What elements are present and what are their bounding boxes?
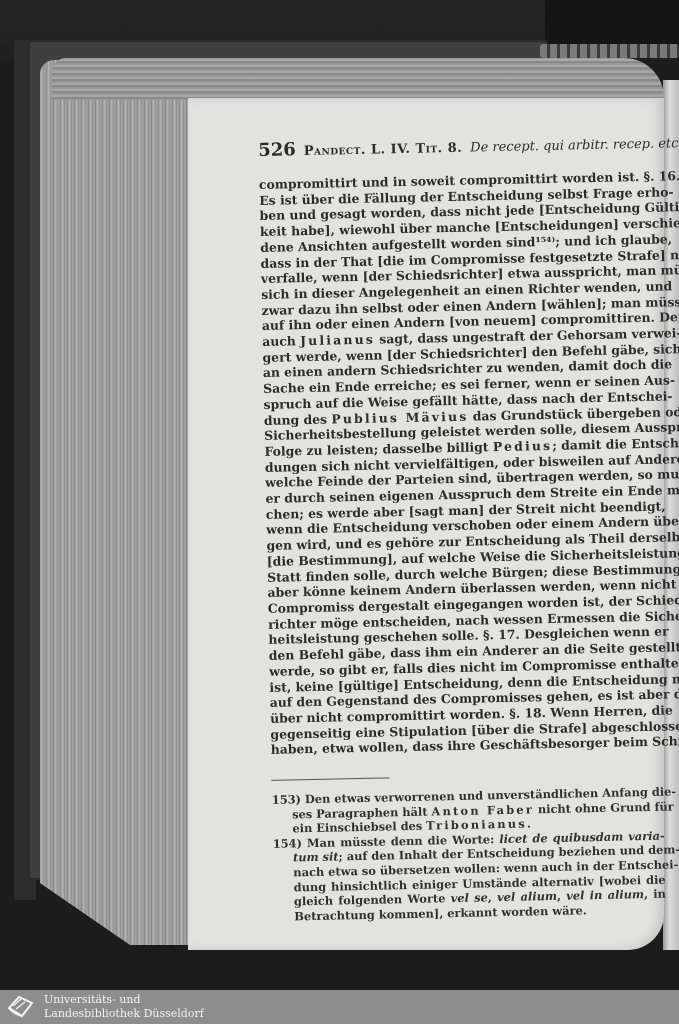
- running-head-title: De recept. qui arbitr. recep. etc.: [470, 136, 679, 155]
- page-edges-left: [40, 60, 190, 945]
- italic-text: tum sit: [293, 850, 339, 865]
- library-name-line1: Universitäts- und: [44, 993, 204, 1007]
- italic-text: vel se: [451, 891, 488, 906]
- emphasized-name: Pedius: [493, 438, 553, 454]
- page-text: 526 Pandect. L. IV. Tit. 8. De recept. q…: [258, 132, 666, 924]
- italic-text: vel in alium: [566, 887, 644, 903]
- footnote: 154) Man müsste denn die Worte: licet de…: [273, 828, 667, 924]
- footnote-divider: [271, 777, 389, 780]
- emphasized-name: Anton Faber: [431, 802, 534, 818]
- footnotes: 153) Den etwas verworrenen und unverstän…: [272, 785, 667, 925]
- library-footer: Universitäts- und Landesbibliothek Düsse…: [0, 990, 679, 1024]
- page-number: 526: [258, 139, 296, 161]
- running-head-section: Pandect. L. IV. Tit. 8.: [304, 141, 463, 159]
- body-text: compromittirt und in soweit compromittir…: [259, 169, 663, 758]
- background-corner: [545, 0, 679, 45]
- italic-text: vel alium: [497, 889, 557, 904]
- page-edges-top: [52, 58, 664, 100]
- library-name-line2: Landesbibliothek Düsseldorf: [44, 1007, 204, 1021]
- book-logo-icon: [4, 993, 36, 1021]
- emphasized-name: Tribonianus: [426, 817, 527, 833]
- emphasized-name: Julianus: [300, 332, 375, 349]
- book-headband: [540, 44, 679, 58]
